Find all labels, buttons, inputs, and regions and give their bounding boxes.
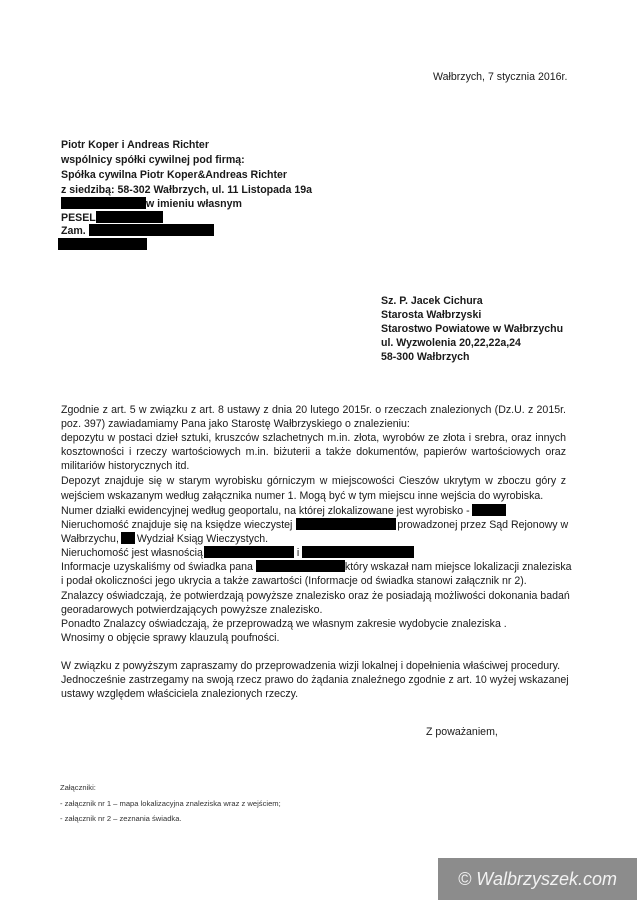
own-name-text: w imieniu własnym bbox=[146, 198, 242, 210]
witness-text: Informacje uzyskaliśmy od świadka pana bbox=[61, 561, 253, 573]
body-line: kosztowności i rzeczy wartościowych m.in… bbox=[61, 445, 566, 459]
sender-company: Spółka cywilna Piotr Koper&Andreas Richt… bbox=[61, 168, 287, 182]
body-line: Zgodnie z art. 5 w związku z art. 8 usta… bbox=[61, 403, 566, 417]
body-line: Wnosimy o objęcie sprawy klauzulą poufno… bbox=[61, 631, 279, 645]
body-line: depozytu w postaci dzieł sztuki, kruszcó… bbox=[61, 431, 566, 445]
recipient-city: 58-300 Wałbrzych bbox=[381, 351, 470, 363]
pesel-label: PESEL bbox=[61, 212, 96, 224]
sender-pesel-line: PESEL bbox=[61, 211, 163, 225]
recipient-office: Starostwo Powiatowe w Wałbrzychu bbox=[381, 323, 563, 335]
redaction-box bbox=[61, 197, 146, 209]
zam-label: Zam. bbox=[61, 225, 86, 237]
owner-line: Nieruchomość jest własnością i bbox=[61, 546, 414, 560]
body-line: Ponadto Znalazcy oświadczają, że przepro… bbox=[61, 617, 507, 631]
sender-address: z siedzibą: 58-302 Wałbrzych, ul. 11 Lis… bbox=[61, 183, 312, 197]
watermark: © Walbrzyszek.com bbox=[438, 858, 637, 900]
body-line: Znalazcy oświadczają, że potwierdzają po… bbox=[61, 589, 566, 603]
witness-text: który wskazał nam miejsce lokalizacji zn… bbox=[345, 561, 572, 573]
redaction-box bbox=[58, 238, 147, 250]
sender-residence-line: Zam. bbox=[61, 224, 214, 238]
recipient-street: ul. Wyzwolenia 20,22,22a,24 bbox=[381, 337, 521, 349]
ledger-text: Wydział Ksiąg Wieczystych. bbox=[137, 533, 268, 545]
sender-own-name-line: w imieniu własnym bbox=[61, 197, 242, 211]
attachment-item: - załącznik nr 2 – zeznania świadka. bbox=[60, 814, 182, 823]
redaction-box bbox=[302, 546, 414, 558]
sender-partnership: wspólnicy spółki cywilnej pod firmą: bbox=[61, 153, 245, 167]
ledger-line: Nieruchomość znajduje się na księdze wie… bbox=[61, 518, 568, 532]
body-line: ustawy względem właściciela znalezionych… bbox=[61, 687, 298, 701]
body-line: Depozyt znajduje się w starym wyrobisku … bbox=[61, 474, 566, 488]
ledger-text: prowadzonej przez Sąd Rejonowy w bbox=[397, 519, 568, 531]
body-line: georadarowych potwierdzających powyższe … bbox=[61, 603, 322, 617]
place-date: Wałbrzych, 7 stycznia 2016r. bbox=[433, 71, 567, 83]
ledger-court-line: Wałbrzychu,Wydział Ksiąg Wieczystych. bbox=[61, 532, 268, 546]
redaction-box bbox=[121, 532, 135, 544]
witness-line: Informacje uzyskaliśmy od świadka pana k… bbox=[61, 560, 572, 574]
parcel-text: Numer działki ewidencyjnej według geopor… bbox=[61, 505, 470, 517]
redaction-box bbox=[89, 224, 214, 236]
body-line: militariów historycznych itd. bbox=[61, 459, 189, 473]
redaction-box bbox=[204, 546, 294, 558]
owner-text: Nieruchomość jest własnością bbox=[61, 547, 203, 559]
attachments-title: Załączniki: bbox=[60, 783, 96, 792]
parcel-line: Numer działki ewidencyjnej według geopor… bbox=[61, 504, 506, 518]
attachment-item: - załącznik nr 1 – mapa lokalizacyjna zn… bbox=[60, 799, 281, 808]
sender-names: Piotr Koper i Andreas Richter bbox=[61, 138, 209, 152]
recipient-title: Starosta Wałbrzyski bbox=[381, 309, 481, 321]
body-line: Jednocześnie zastrzegamy na swoją rzecz … bbox=[61, 673, 566, 687]
recipient-name: Sz. P. Jacek Cichura bbox=[381, 295, 483, 307]
body-line: wejściem wskazanym według załącznika num… bbox=[61, 489, 543, 503]
redaction-box bbox=[296, 518, 396, 530]
redaction-box bbox=[96, 211, 163, 223]
owner-text: i bbox=[297, 547, 299, 559]
ledger-text: Wałbrzychu, bbox=[61, 533, 119, 545]
closing: Z poważaniem, bbox=[426, 726, 498, 738]
ledger-text: Nieruchomość znajduje się na księdze wie… bbox=[61, 519, 292, 531]
body-line: poz. 397) zawiadamiamy Pana jako Starost… bbox=[61, 417, 410, 431]
body-line: i podał okoliczności jego ukrycia a takż… bbox=[61, 574, 527, 588]
redaction-box bbox=[256, 560, 345, 572]
redaction-box bbox=[472, 504, 506, 516]
body-line: W związku z powyższym zapraszamy do prze… bbox=[61, 659, 560, 673]
